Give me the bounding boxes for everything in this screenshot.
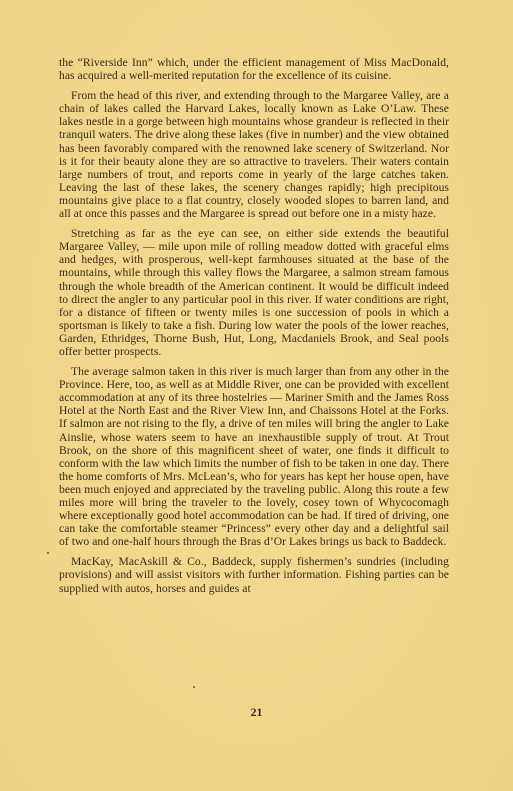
paper-speck: [193, 686, 195, 688]
paper-speck: [47, 552, 49, 554]
page-number: 21: [0, 705, 513, 720]
paragraph-average-salmon: The average salmon taken in this river i…: [59, 365, 449, 548]
paragraph-mackay-macaskill: MacKay, MacAskill & Co., Baddeck, supply…: [59, 555, 449, 594]
page-body: the “Riverside Inn” which, under the eff…: [59, 56, 449, 602]
paragraph-margaree-valley: Stretching as far as the eye can see, on…: [59, 227, 449, 358]
paragraph-riverside-inn: the “Riverside Inn” which, under the eff…: [59, 56, 449, 82]
paragraph-harvard-lakes: From the head of this river, and extendi…: [59, 89, 449, 220]
